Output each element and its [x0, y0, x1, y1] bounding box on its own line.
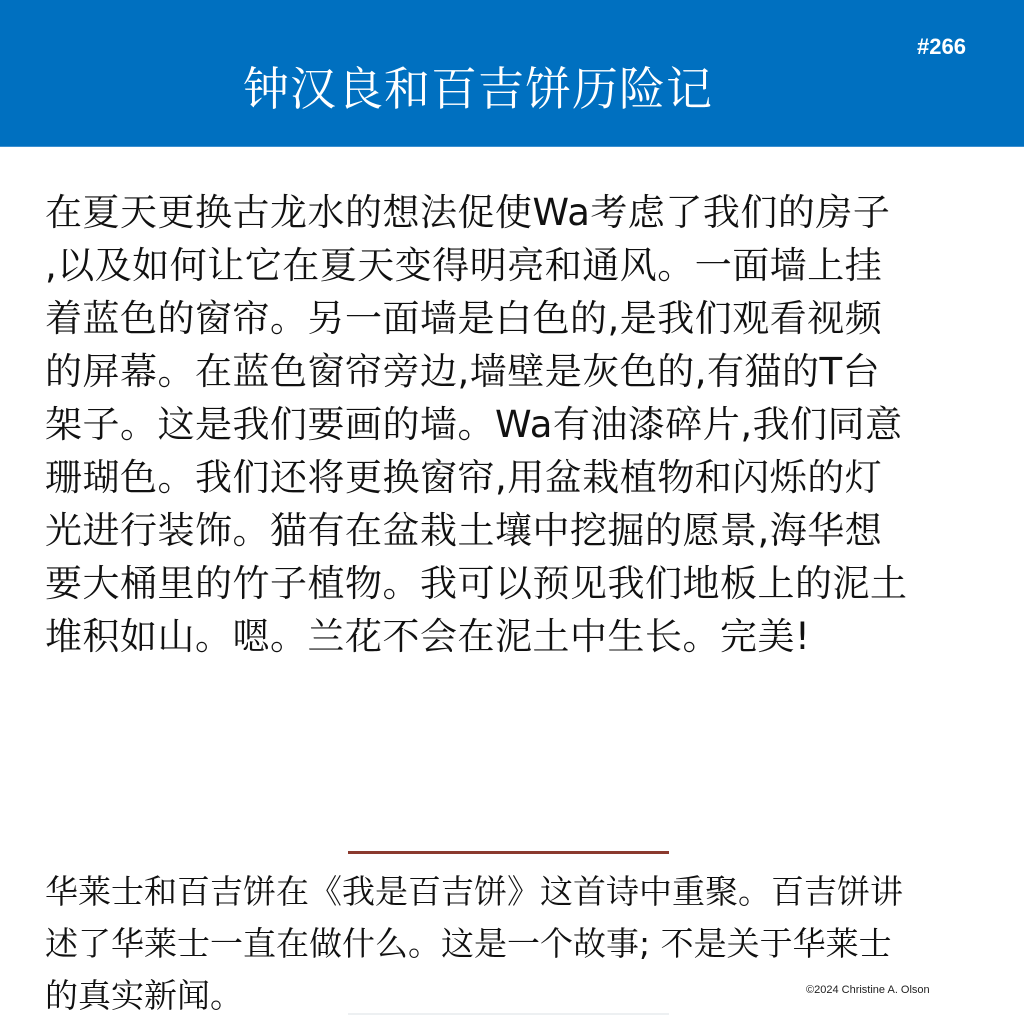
- story-line: ,以及如何让它在夏天变得明亮和通风。一面墙上挂: [45, 239, 980, 292]
- summary-line: 述了华莱士一直在做什么。这是一个故事; 不是关于华莱士: [45, 918, 985, 970]
- page-title: 钟汉良和百吉饼历险记: [0, 56, 956, 122]
- story-line: 着蓝色的窗帘。另一面墙是白色的,是我们观看视频: [45, 292, 980, 345]
- story-line: 光进行装饰。猫有在盆栽土壤中挖掘的愿景,海华想: [45, 504, 980, 557]
- footer-divider: [348, 1013, 669, 1015]
- copyright-notice: ©2024 Christine A. Olson: [806, 983, 930, 997]
- story-line: 架子。这是我们要画的墙。Wa有油漆碎片,我们同意: [45, 398, 980, 451]
- story-body: 在夏天更换古龙水的想法促使Wa考虑了我们的房子 ,以及如何让它在夏天变得明亮和通…: [45, 186, 980, 663]
- header-banner: 钟汉良和百吉饼历险记 #266: [0, 0, 1024, 147]
- story-line: 堆积如山。嗯。兰花不会在泥土中生长。完美!: [45, 610, 980, 663]
- story-line: 在夏天更换古龙水的想法促使Wa考虑了我们的房子: [45, 186, 980, 239]
- story-line: 要大桶里的竹子植物。我可以预见我们地板上的泥土: [45, 557, 980, 610]
- summary-paragraph: 华莱士和百吉饼在《我是百吉饼》这首诗中重聚。百吉饼讲 述了华莱士一直在做什么。这…: [45, 866, 985, 1022]
- story-line: 珊瑚色。我们还将更换窗帘,用盆栽植物和闪烁的灯: [45, 451, 980, 504]
- issue-number-badge: #266: [917, 32, 966, 62]
- story-line: 的屏幕。在蓝色窗帘旁边,墙壁是灰色的,有猫的T台: [45, 345, 980, 398]
- summary-line: 华莱士和百吉饼在《我是百吉饼》这首诗中重聚。百吉饼讲: [45, 866, 985, 918]
- section-divider: [348, 851, 669, 854]
